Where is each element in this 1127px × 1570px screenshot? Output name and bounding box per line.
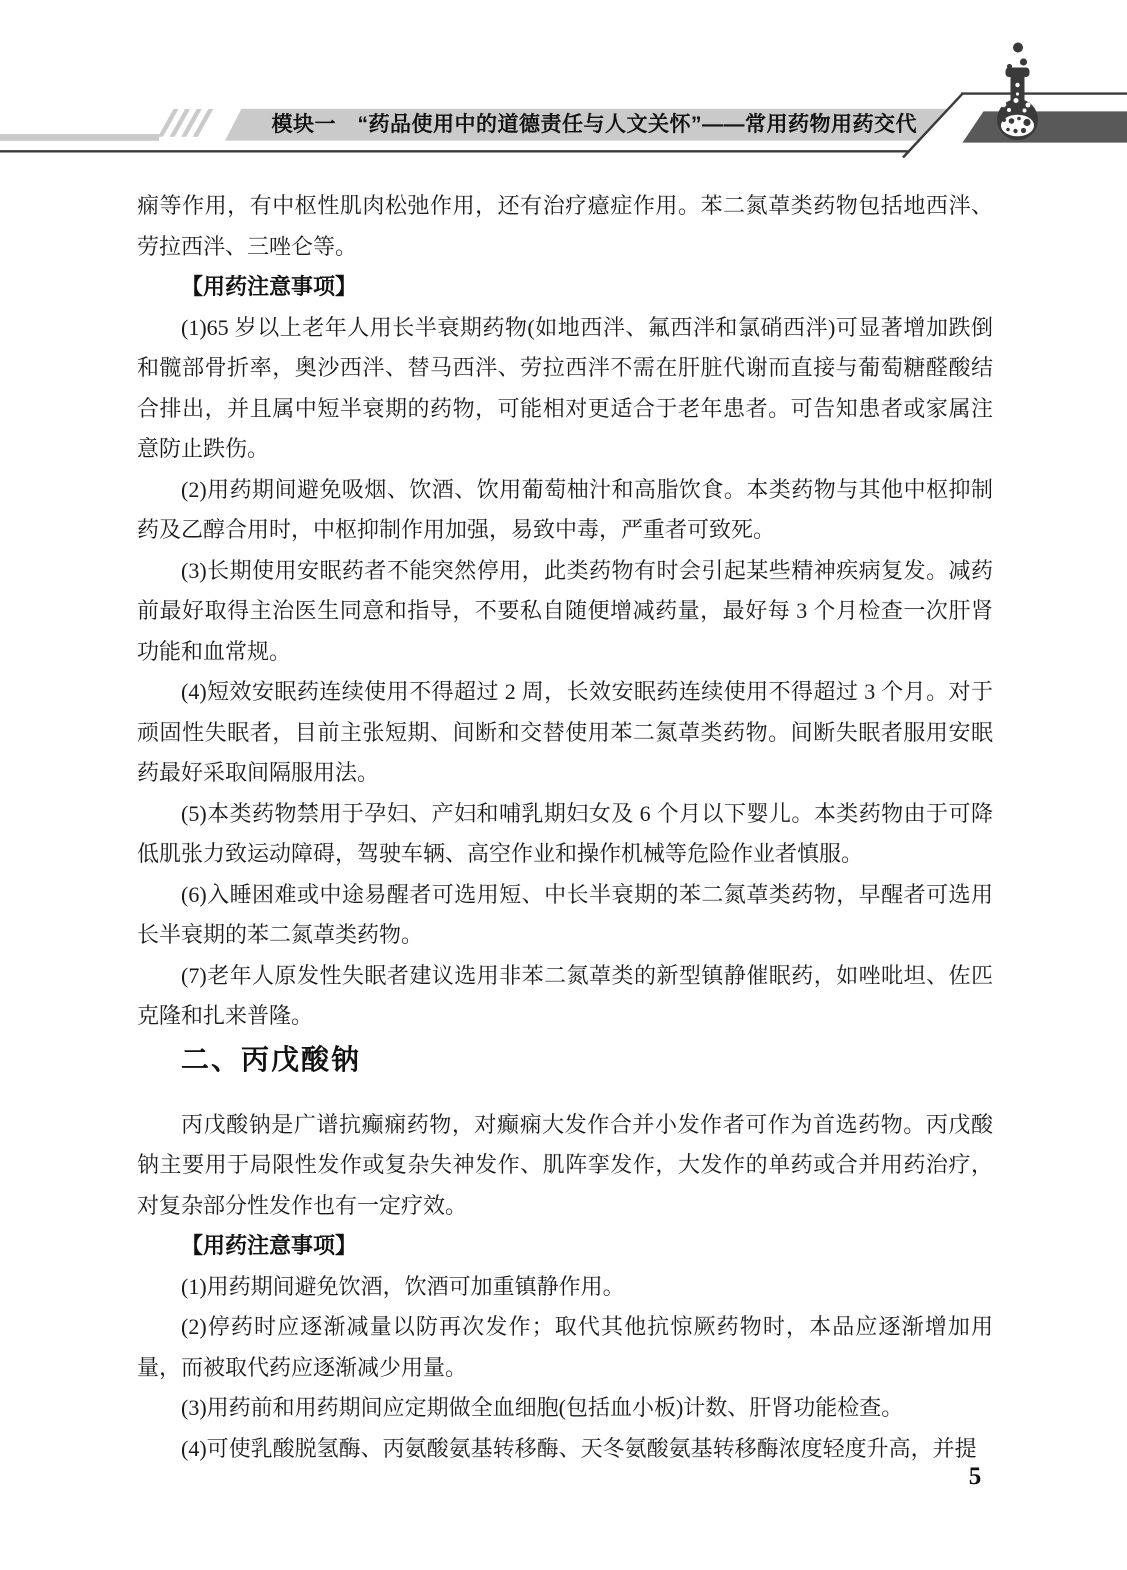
flask-icon <box>997 43 1038 141</box>
note2-item-2: (2)停药时应逐渐减量以防再次发作；取代其他抗惊厥药物时，本品应逐渐增加用量，而… <box>137 1307 993 1388</box>
note-item-6: (6)入睡困难或中途易醒者可选用短、中长半衰期的苯二氮䓬类药物，早醒者可选用长半… <box>137 875 993 956</box>
book-page: { "header": { "title": "模块一 “药品使用中的道德责任与… <box>0 0 1127 1570</box>
note2-item-4: (4)可使乳酸脱氢酶、丙氨酸氨基转移酶、天冬氨酸氨基转移酶浓度轻度升高，并提 <box>137 1429 993 1470</box>
module-title: 模块一 “药品使用中的道德责任与人文关怀”——常用药物用药交代 <box>272 112 918 138</box>
header-stripes <box>158 109 213 137</box>
note2-item-3: (3)用药前和用药期间应定期做全血细胞(包括血小板)计数、肝肾功能检查。 <box>137 1388 993 1429</box>
notes-heading-1: 【用药注意事项】 <box>137 267 993 308</box>
body-paragraph-intro: 丙戊酸钠是广谱抗癫痫药物，对癫痫大发作合并小发作者可作为首选药物。丙戊酸钠主要用… <box>137 1105 993 1227</box>
note-item-5: (5)本类药物禁用于孕妇、产妇和哺乳期妇女及 6 个月以下婴儿。本类药物由于可降… <box>137 794 993 875</box>
header-left-bar <box>0 134 159 141</box>
note-item-2: (2)用药期间避免吸烟、饮酒、饮用葡萄柚汁和高脂饮食。本类药物与其他中枢抑制药及… <box>137 470 993 551</box>
note-item-4: (4)短效安眠药连续使用不得超过 2 周，长效安眠药连续使用不得超过 3 个月。… <box>137 672 993 794</box>
notes-heading-2: 【用药注意事项】 <box>137 1226 993 1267</box>
page-header-decoration <box>0 0 1127 172</box>
note2-item-1: (1)用药期间避免饮酒，饮酒可加重镇静作用。 <box>137 1267 993 1308</box>
page-number: 5 <box>955 1463 995 1491</box>
note-item-7: (7)老年人原发性失眠者建议选用非苯二氮䓬类的新型镇静催眠药，如唑吡坦、佐匹克隆… <box>137 956 993 1037</box>
note-item-1: (1)65 岁以上老年人用长半衰期药物(如地西泮、氟西泮和氯硝西泮)可显著增加跌… <box>137 308 993 470</box>
header-dark-band <box>963 111 1127 142</box>
body-paragraph-continuation: 痫等作用，有中枢性肌肉松弛作用，还有治疗癔症作用。苯二氮䓬类药物包括地西泮、劳拉… <box>137 186 993 267</box>
note-item-3: (3)长期使用安眠药者不能突然停用，此类药物有时会引起某些精神疾病复发。减药前最… <box>137 551 993 673</box>
page-body: 痫等作用，有中枢性肌肉松弛作用，还有治疗癔症作用。苯二氮䓬类药物包括地西泮、劳拉… <box>137 186 993 1469</box>
section-heading-sodium-valproate: 二、丙戊酸钠 <box>137 1043 993 1079</box>
